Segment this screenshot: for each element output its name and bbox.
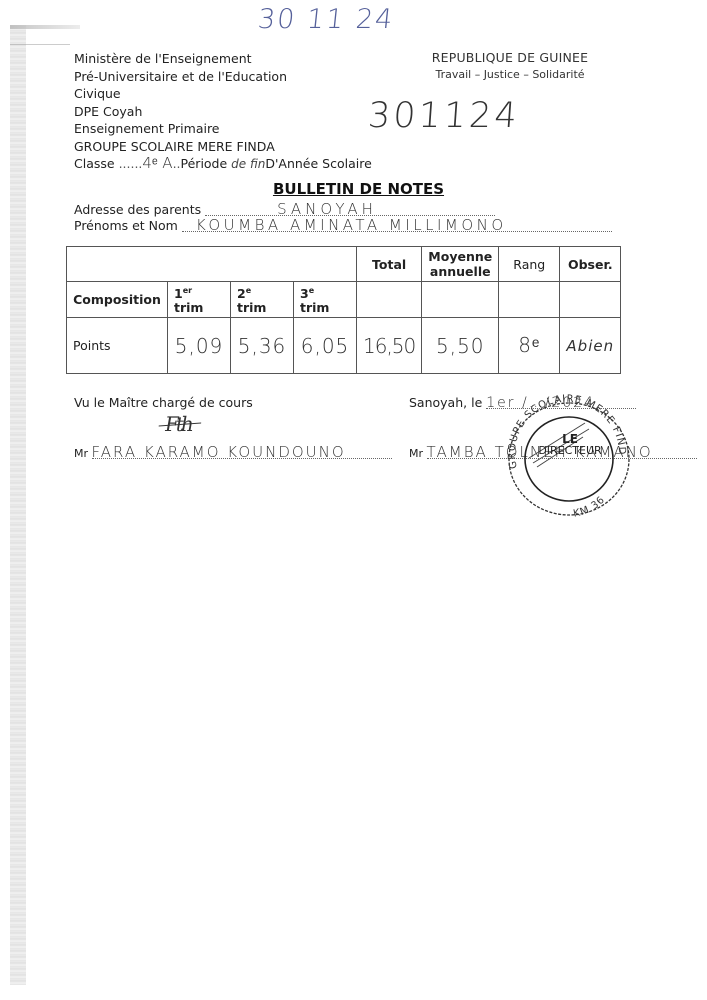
class-label: Classe	[74, 156, 115, 171]
annual-average: 5,50	[422, 318, 499, 374]
teacher-signature: Fth	[163, 412, 193, 436]
parents-address-label: Adresse des parents	[74, 202, 201, 217]
svg-text:KM 36: KM 36	[572, 494, 607, 518]
trimester-1-score: 5,09	[168, 318, 231, 374]
header-observation: Obser.	[560, 247, 621, 282]
school-name-line: GROUPE SCOLAIRE MERE FINDA	[74, 138, 372, 156]
period-label: Période	[181, 156, 228, 171]
republic-name: REPUBLIQUE DE GUINEE	[420, 50, 600, 65]
director-prefix: Mr	[409, 447, 423, 460]
rank-value: 8ᵉ	[499, 318, 560, 374]
empty-cell	[357, 282, 422, 318]
grades-table: Total Moyenne annuelle Rang Obser. Compo…	[66, 246, 621, 374]
empty-cell	[499, 282, 560, 318]
empty-cell	[560, 282, 621, 318]
table-subheader-row: Composition 1ertrim 2etrim 3etrim	[67, 282, 621, 318]
observation-value: Abien	[560, 318, 621, 374]
class-value: 4ᵉ A	[142, 154, 172, 172]
ministry-line-3: Civique	[74, 85, 372, 103]
ministry-line-2: Pré-Universitaire et de l'Education	[74, 68, 372, 86]
education-level-line: Enseignement Primaire	[74, 120, 372, 138]
header-annual-average: Moyenne annuelle	[422, 247, 499, 282]
teacher-prefix: Mr	[74, 447, 88, 460]
points-label: Points	[67, 318, 168, 374]
national-motto: Travail – Justice – Solidarité	[420, 68, 600, 81]
school-year-label: D'Année Scolaire	[265, 156, 371, 171]
handwritten-reference-number-top: 30 11 24	[256, 4, 395, 35]
ministry-header: Ministère de l'Enseignement Pré-Universi…	[74, 50, 372, 174]
document-title: BULLETIN DE NOTES	[0, 180, 707, 198]
trimester-3-score: 6,05	[294, 318, 357, 374]
empty-cell	[422, 282, 499, 318]
dpe-line: DPE Coyah	[74, 103, 372, 121]
trimester-1-header: 1ertrim	[168, 282, 231, 318]
header-rank: Rang	[499, 247, 560, 282]
stamp-director: DIRECTEUR	[535, 445, 605, 457]
place-date-label: Sanoyah, le	[409, 395, 482, 410]
handwritten-reference-number-middle: 301124	[367, 96, 521, 136]
table-header-row: Total Moyenne annuelle Rang Obser.	[67, 247, 621, 282]
republic-header: REPUBLIQUE DE GUINEE Travail – Justice –…	[420, 50, 600, 81]
stamp-center-text: LE DIRECTEUR	[535, 433, 605, 457]
scan-edge-artifact	[10, 25, 26, 985]
points-row: Points 5,09 5,36 6,05 16,50 5,50 8ᵉ Abie…	[67, 318, 621, 374]
school-stamp: GROUPE SCOLAIRE MERE FINDA KM 36 LE DIRE…	[497, 393, 637, 518]
teacher-signature-label: Vu le Maître chargé de cours	[74, 395, 253, 410]
class-period-line: Classe ......4ᵉ A..Période de finD'Année…	[74, 155, 372, 174]
header-total: Total	[357, 247, 422, 282]
trimester-2-score: 5,36	[231, 318, 294, 374]
scan-top-line-artifact	[10, 44, 70, 45]
ministry-line-1: Ministère de l'Enseignement	[74, 50, 372, 68]
trimester-2-header: 2etrim	[231, 282, 294, 318]
empty-header-cell	[67, 247, 357, 282]
scan-top-artifact	[10, 25, 80, 29]
teacher-name-row: Mr FARA KARAMO KOUNDOUNO	[74, 443, 392, 461]
period-value: de fin	[231, 157, 265, 171]
composition-label: Composition	[67, 282, 168, 318]
total-score: 16,50	[357, 318, 422, 374]
trimester-3-header: 3etrim	[294, 282, 357, 318]
student-name-label: Prénoms et Nom	[74, 218, 178, 233]
student-name-row: Prénoms et Nom KOUMBA AMINATA MILLIMONO	[74, 216, 612, 234]
